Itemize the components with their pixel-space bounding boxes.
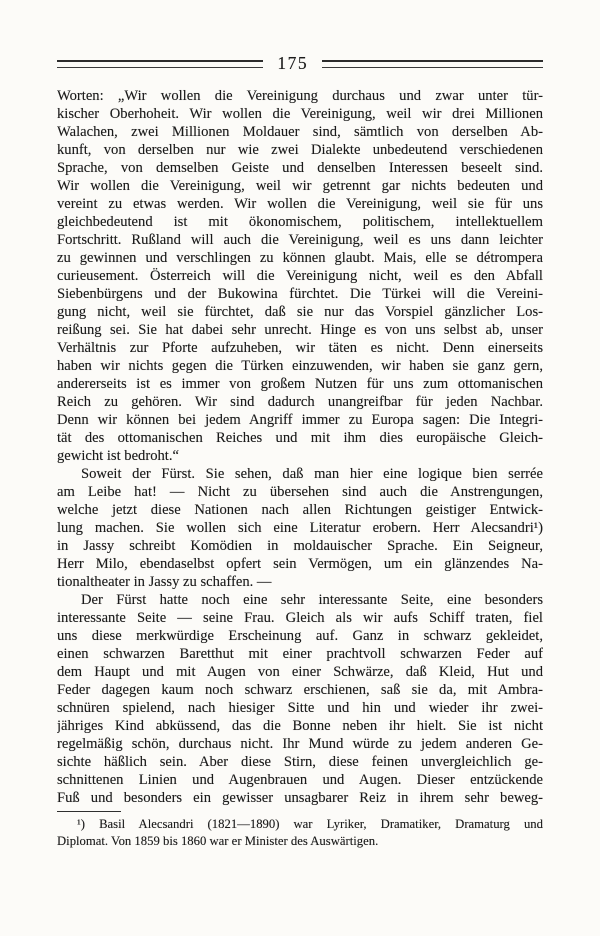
text-line: Fortschritt. Rußland will auch die Verei… xyxy=(57,231,543,249)
text-line: Worten: „Wir wollen die Vereinigung durc… xyxy=(57,87,543,105)
footnote: ¹) Basil Alecsandri (1821—1890) war Lyri… xyxy=(57,816,543,850)
paragraph: Der Fürst hatte noch eine sehr interessa… xyxy=(57,591,543,807)
text-line: Feder dagegen kaum noch schwarz erschien… xyxy=(57,681,543,699)
text-line: schnittenen Linien und Augenbrauen und A… xyxy=(57,771,543,789)
text-line: interessante Seite — seine Frau. Gleich … xyxy=(57,609,543,627)
page-body: Worten: „Wir wollen die Vereinigung durc… xyxy=(57,87,543,807)
text-line: kischer Oberhoheit. Wir wollen die Verei… xyxy=(57,105,543,123)
text-line: sichte häßlich sein. Aber diese Stirn, d… xyxy=(57,753,543,771)
text-line: in Jassy schreibt Komödien in moldauisch… xyxy=(57,537,543,555)
text-line: Herr Milo, ebendaselbst opfert sein Verm… xyxy=(57,555,543,573)
text-line: Denn wir können bei jedem Angriff immer … xyxy=(57,411,543,429)
page-header: 175 xyxy=(57,52,543,74)
text-line: haben wir nichts gegen die Türken einzuw… xyxy=(57,357,543,375)
text-line: Walachen, zwei Millionen Moldauer sind, … xyxy=(57,123,543,141)
text-line: regelmäßig schön, durchaus nicht. Ihr Mu… xyxy=(57,735,543,753)
text-line: andererseits ist es immer von großem Nut… xyxy=(57,375,543,393)
text-line: zu gewinnen und verschlingen zu können g… xyxy=(57,249,543,267)
paragraph: Worten: „Wir wollen die Vereinigung durc… xyxy=(57,87,543,465)
text-line: curieusement. Österreich will die Verein… xyxy=(57,267,543,285)
text-line: welche jetzt diese Nationen nach allen R… xyxy=(57,501,543,519)
text-line: gewicht ist bedroht.“ xyxy=(57,447,543,465)
paragraph: Soweit der Fürst. Sie sehen, daß man hie… xyxy=(57,465,543,591)
text-line: Verhältnis zur Pforte aufzuheben, wir tä… xyxy=(57,339,543,357)
text-line: Fuß und besonders ein gewisser unsagbare… xyxy=(57,789,543,807)
text-line: gung nicht, weil sie fürchtet, daß sie n… xyxy=(57,303,543,321)
text-line: Wir wollen die Vereinigung, weil wir get… xyxy=(57,177,543,195)
text-line: tät des ottomanischen Reiches und mit ih… xyxy=(57,429,543,447)
header-rule-left xyxy=(57,60,263,68)
book-page: 175 Worten: „Wir wollen die Vereinigung … xyxy=(0,0,600,936)
text-line: lung machen. Sie wollen sich eine Litera… xyxy=(57,519,543,537)
text-line: Soweit der Fürst. Sie sehen, daß man hie… xyxy=(57,465,543,483)
footnote-line: ¹) Basil Alecsandri (1821—1890) war Lyri… xyxy=(57,816,543,833)
text-line: uns diese merkwürdige Erscheinung auf. G… xyxy=(57,627,543,645)
text-line: kunft, von derselben nur wie zwei Dialek… xyxy=(57,141,543,159)
text-line: jähriges Kind abküssend, das die Bonne n… xyxy=(57,717,543,735)
text-line: gleichbedeutend ist mit ökonomischem, po… xyxy=(57,213,543,231)
text-line: schnüren spielend, nach hiesiger Sitte u… xyxy=(57,699,543,717)
text-line: tionaltheater in Jassy zu schaffen. — xyxy=(57,573,543,591)
text-line: Der Fürst hatte noch eine sehr interessa… xyxy=(57,591,543,609)
footnote-line: Diplomat. Von 1859 bis 1860 war er Minis… xyxy=(57,833,543,850)
text-line: Reich zu gehören. Wir sind dadurch unang… xyxy=(57,393,543,411)
text-line: einen schwarzen Baretthut mit einer prac… xyxy=(57,645,543,663)
text-line: vereint zu etwas werden. Wir wollen die … xyxy=(57,195,543,213)
text-line: am Leibe hat! — Nicht zu übersehen sind … xyxy=(57,483,543,501)
text-line: Siebenbürgens und der Bukowina fürchtet.… xyxy=(57,285,543,303)
footnote-separator-rule xyxy=(57,811,121,812)
page-number: 175 xyxy=(274,53,311,73)
text-line: reißung sei. Sie hat dabei sehr unrecht.… xyxy=(57,321,543,339)
text-line: dem Haupt und mit Augen von einer Schwär… xyxy=(57,663,543,681)
header-rule-right xyxy=(322,60,543,68)
text-line: Sprache, von demselben Geiste und densel… xyxy=(57,159,543,177)
